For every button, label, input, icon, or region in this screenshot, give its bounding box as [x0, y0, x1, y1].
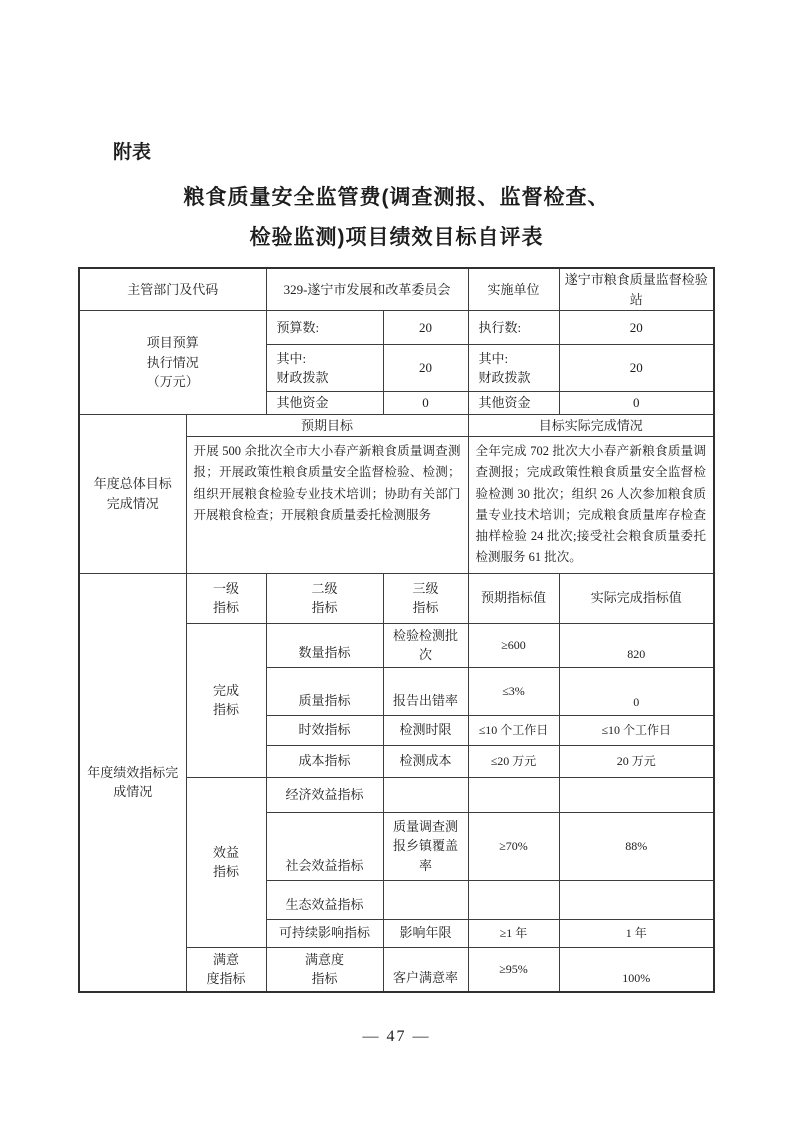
indicator-expected: ≤10 个工作日 — [468, 715, 559, 745]
budget-number-value: 20 — [383, 311, 468, 345]
indicator-expected: ≤20 万元 — [468, 745, 559, 777]
expected-goal-text: 开展 500 余批次全市大小春产新粮食质量调查测报；开展政策性粮食质量安全监督检… — [186, 437, 468, 574]
indicator-l3: 报告出错率 — [383, 667, 468, 715]
fiscal-appropriation-exec-value: 20 — [559, 345, 714, 392]
indicator-l3: 客户满意率 — [383, 947, 468, 992]
exec-number-label: 执行数: — [468, 311, 559, 345]
expected-value-header: 预期指标值 — [468, 573, 559, 623]
satisfaction-indicator-group-label: 满意 度指标 — [186, 947, 266, 992]
exec-number-value: 20 — [559, 311, 714, 345]
other-funds-label-right: 其他资金 — [468, 392, 559, 415]
indicator-actual: 100% — [559, 947, 714, 992]
indicator-l2: 质量指标 — [266, 667, 383, 715]
indicator-actual: 1 年 — [559, 919, 714, 947]
indicator-expected: ≥600 — [468, 623, 559, 667]
appendix-label: 附表 — [113, 137, 151, 164]
indicator-l2: 时效指标 — [266, 715, 383, 745]
indicator-expected: ≤3% — [468, 667, 559, 715]
indicator-l3 — [383, 880, 468, 919]
benefit-indicator-group-label: 效益 指标 — [186, 777, 266, 947]
indicator-l3: 检测成本 — [383, 745, 468, 777]
dept-code-value: 329-遂宁市发展和改革委员会 — [266, 268, 468, 311]
indicator-l3: 检验检测批 次 — [383, 623, 468, 667]
other-funds-budget-value: 0 — [383, 392, 468, 415]
indicator-l3: 影响年限 — [383, 919, 468, 947]
annual-goal-section-label: 年度总体目标 完成情况 — [79, 414, 186, 573]
fiscal-appropriation-label-right: 其中: 财政拨款 — [468, 345, 559, 392]
actual-goal-header: 目标实际完成情况 — [468, 414, 714, 437]
actual-value-header: 实际完成指标值 — [559, 573, 714, 623]
indicator-l3: 质量调查测 报乡镇覆盖 率 — [383, 812, 468, 880]
indicator-actual: 88% — [559, 812, 714, 880]
expected-goal-header: 预期目标 — [186, 414, 468, 437]
document-title-line2: 检验监测)项目绩效目标自评表 — [0, 218, 793, 258]
page-number: — 47 — — [0, 1028, 793, 1046]
indicator-l2: 可持续影响指标 — [266, 919, 383, 947]
document-page: 附表 粮食质量安全监管费(调查测报、监督检查、 检验监测)项目绩效目标自评表 主… — [0, 0, 793, 1122]
indicator-l2: 数量指标 — [266, 623, 383, 667]
level1-indicator-header: 一级 指标 — [186, 573, 266, 623]
indicator-l2: 经济效益指标 — [266, 777, 383, 812]
indicator-expected: ≥1 年 — [468, 919, 559, 947]
indicator-actual: 820 — [559, 623, 714, 667]
document-title: 粮食质量安全监管费(调查测报、监督检查、 检验监测)项目绩效目标自评表 — [0, 178, 793, 258]
document-title-line1: 粮食质量安全监管费(调查测报、监督检查、 — [0, 178, 793, 218]
fiscal-appropriation-budget-value: 20 — [383, 345, 468, 392]
dept-code-label: 主管部门及代码 — [79, 268, 266, 311]
level2-indicator-header: 二级 指标 — [266, 573, 383, 623]
indicator-actual: ≤10 个工作日 — [559, 715, 714, 745]
budget-section-label: 项目预算 执行情况 （万元） — [79, 311, 266, 415]
fiscal-appropriation-label-left: 其中: 财政拨款 — [266, 345, 383, 392]
other-funds-exec-value: 0 — [559, 392, 714, 415]
indicator-expected — [468, 880, 559, 919]
indicator-actual: 20 万元 — [559, 745, 714, 777]
indicator-actual: 0 — [559, 667, 714, 715]
indicator-l3 — [383, 777, 468, 812]
indicator-l2: 成本指标 — [266, 745, 383, 777]
indicator-l2: 生态效益指标 — [266, 880, 383, 919]
indicator-actual — [559, 777, 714, 812]
other-funds-label-left: 其他资金 — [266, 392, 383, 415]
performance-self-evaluation-table: 主管部门及代码 329-遂宁市发展和改革委员会 实施单位 遂宁市粮食质量监督检验… — [78, 267, 715, 993]
indicator-l2: 社会效益指标 — [266, 812, 383, 880]
level3-indicator-header: 三级 指标 — [383, 573, 468, 623]
indicator-expected — [468, 777, 559, 812]
impl-unit-label: 实施单位 — [468, 268, 559, 311]
indicators-section-label: 年度绩效指标完 成情况 — [79, 573, 186, 992]
indicator-actual — [559, 880, 714, 919]
indicator-expected: ≥95% — [468, 947, 559, 992]
impl-unit-value: 遂宁市粮食质量监督检验站 — [559, 268, 714, 311]
indicator-l3: 检测时限 — [383, 715, 468, 745]
budget-number-label: 预算数: — [266, 311, 383, 345]
actual-goal-text: 全年完成 702 批次大小春产新粮食质量调查测报；完成政策性粮食质量安全监督检验… — [468, 437, 714, 574]
indicator-expected: ≥70% — [468, 812, 559, 880]
completion-indicator-group-label: 完成 指标 — [186, 623, 266, 777]
indicator-l2: 满意度 指标 — [266, 947, 383, 992]
